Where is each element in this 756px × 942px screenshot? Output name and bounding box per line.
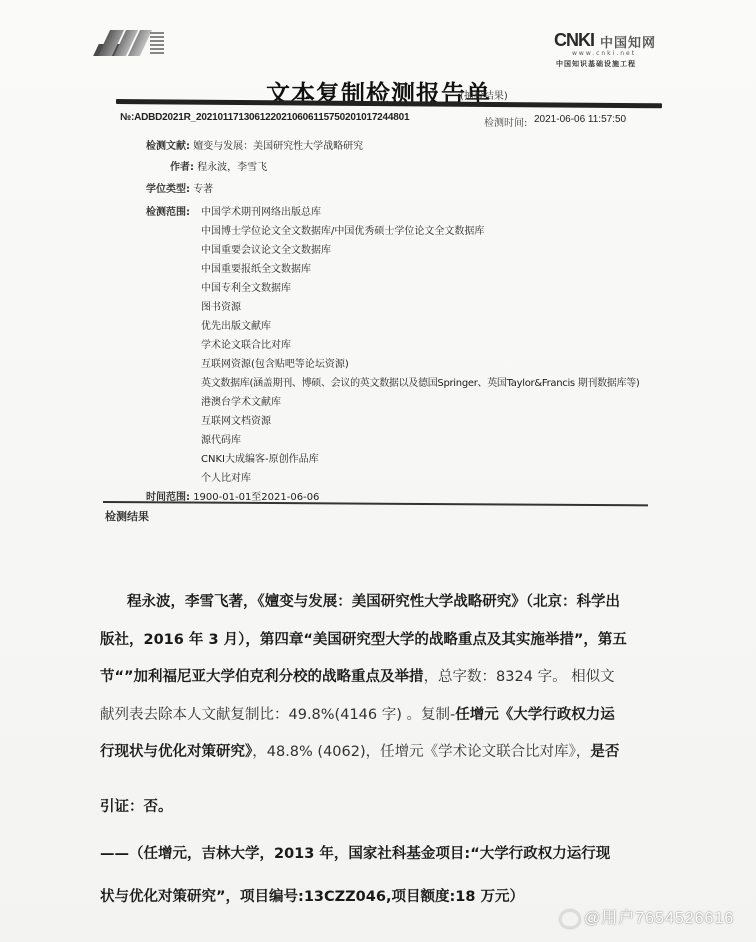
weibo-icon bbox=[560, 910, 580, 928]
field-value: 专著 bbox=[193, 184, 213, 195]
scope-item: 学术论文联合比对库 bbox=[201, 336, 291, 351]
scope-item: 港澳台学术文献库 bbox=[201, 393, 281, 408]
report-number: №:ADBD2021R_2021011713061220210606115750… bbox=[120, 112, 409, 123]
scope-item: 英文数据库(涵盖期刊、博硕、会议的英文数据以及德国Springer、英国Tayl… bbox=[201, 374, 640, 389]
field-value: 嬗变与发展：美国研究性大学战略研究 bbox=[193, 141, 363, 152]
field-label: 检测文献: bbox=[146, 141, 190, 152]
field-degree-type: 学位类型: 专著 bbox=[146, 180, 213, 195]
scope-item: 源代码库 bbox=[201, 431, 241, 446]
body-line: 版社，2016 年 3 月），第四章“美国研究型大学的战略重点及其实施举措”，第… bbox=[100, 628, 627, 649]
field-label: 学位类型: bbox=[146, 184, 190, 195]
result-divider bbox=[103, 501, 648, 506]
document-page: CNKI 中国知网 www.cnki.net 中国知识基础设施工程 文本复制检测… bbox=[0, 0, 756, 942]
scope-item: 中国博士学位论文全文数据库/中国优秀硕士学位论文全文数据库 bbox=[201, 222, 484, 237]
detect-time-value: 2021-06-06 11:57:50 bbox=[534, 114, 626, 125]
scope-item: CNKI大成编客-原创作品库 bbox=[201, 450, 319, 465]
cnki-chinese-name: 中国知网 bbox=[600, 32, 656, 51]
detect-time-label: 检测时间: bbox=[484, 114, 527, 129]
scope-item: 中国专利全文数据库 bbox=[201, 279, 291, 294]
cnki-url: www.cnki.net bbox=[572, 50, 636, 57]
report-title-suffix: (抽检结果) bbox=[460, 87, 508, 102]
field-label: 作者: bbox=[170, 162, 194, 173]
body-line: 状与优化对策研究”，项目编号:13CZZ046,项目额度:18 万元） bbox=[100, 885, 524, 906]
scope-item: 中国重要会议论文全文数据库 bbox=[201, 241, 331, 256]
scope-item: 互联网资源(包含贴吧等论坛资源) bbox=[201, 355, 349, 370]
brand-logo-left bbox=[96, 30, 168, 56]
body-line: 行现状与优化对策研究》，48.8% (4062)，任增元《学术论文联合比对库》，… bbox=[100, 740, 619, 761]
watermark-text: @用户7654526616 bbox=[584, 910, 734, 927]
cnki-logo: CNKI 中国知网 www.cnki.net 中国知识基础设施工程 bbox=[550, 30, 670, 70]
field-value: 程永波，李雪飞 bbox=[197, 162, 267, 173]
scope-item: 图书资源 bbox=[201, 298, 241, 313]
result-section-title: 检测结果 bbox=[105, 508, 149, 524]
scope-label: 检测范围: bbox=[146, 203, 190, 218]
cnki-mark: CNKI bbox=[554, 30, 594, 51]
body-line: 引证：否。 bbox=[100, 795, 173, 816]
field-author: 作者: 程永波，李雪飞 bbox=[170, 158, 267, 173]
scope-item: 个人比对库 bbox=[201, 469, 251, 484]
scope-item: 优先出版文献库 bbox=[201, 317, 271, 332]
body-line: ——（任增元，吉林大学，2013 年，国家社科基金项目:“大学行政权力运行现 bbox=[100, 842, 610, 863]
field-document: 检测文献: 嬗变与发展：美国研究性大学战略研究 bbox=[146, 137, 363, 152]
scope-item: 中国重要报纸全文数据库 bbox=[201, 260, 311, 275]
body-line: 节“”加利福尼亚大学伯克利分校的战略重点及举措，总字数：8324 字。 相似文 bbox=[100, 665, 615, 686]
body-line: 献列表去除本人文献复制比：49.8%(4146 字) 。复制-任增元《大学行政权… bbox=[100, 703, 615, 724]
scope-item: 中国学术期刊网络出版总库 bbox=[201, 203, 321, 218]
weibo-watermark: @用户7654526616 bbox=[560, 905, 734, 928]
body-line: 程永波，李雪飞著，《嬗变与发展：美国研究性大学战略研究》（北京：科学出 bbox=[127, 590, 620, 611]
cnki-subtitle: 中国知识基础设施工程 bbox=[556, 59, 636, 69]
scope-item: 互联网文档资源 bbox=[201, 412, 271, 427]
